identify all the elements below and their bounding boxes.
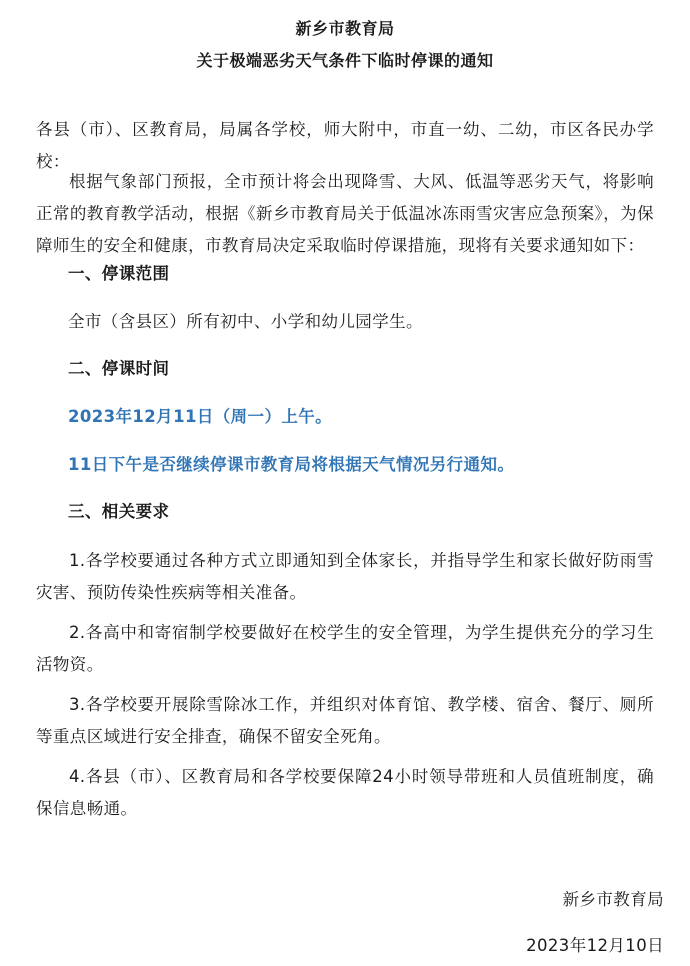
afternoon-notice-highlight: 11日下午是否继续停课市教育局将根据天气情况另行通知。 [68,449,514,481]
suspension-date-highlight: 2023年12月11日（周一）上午。 [68,401,332,433]
issuing-org-title: 新乡市教育局 [0,13,690,45]
notice-title: 关于极端恶劣天气条件下临时停课的通知 [0,45,690,77]
requirement-item-1: 1.各学校要通过各种方式立即通知到全体家长，并指导学生和家长做好防雨雪灾害、预防… [36,545,654,609]
section-heading-time: 二、停课时间 [68,353,169,385]
requirement-item-3: 3.各学校要开展除雪除冰工作，并组织对体育馆、教学楼、宿舍、餐厅、厕所等重点区域… [36,689,654,753]
requirement-item-2: 2.各高中和寄宿制学校要做好在校学生的安全管理，为学生提供充分的学习生活物资。 [36,617,654,681]
intro-paragraph: 根据气象部门预报，全市预计将会出现降雪、大风、低温等恶劣天气，将影响正常的教育教… [36,166,654,262]
section-heading-requirements: 三、相关要求 [68,496,169,528]
scope-body: 全市（含县区）所有初中、小学和幼儿园学生。 [68,306,423,338]
signature-org: 新乡市教育局 [563,884,664,916]
signature-date: 2023年12月10日 [526,930,664,962]
requirement-item-4: 4.各县（市）、区教育局和各学校要保障24小时领导带班和人员值班制度，确保信息畅… [36,761,654,825]
section-heading-scope: 一、停课范围 [68,258,169,290]
